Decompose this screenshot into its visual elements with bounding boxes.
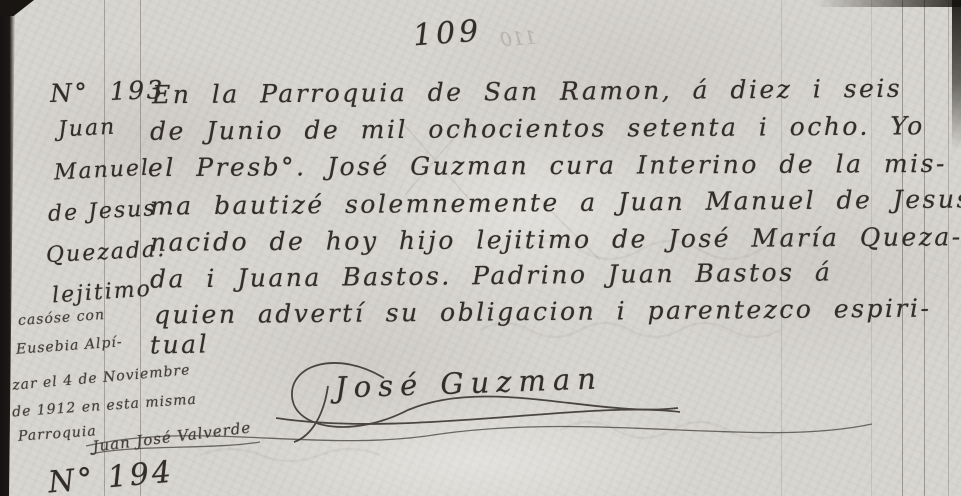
record-number: N° 193	[50, 75, 166, 108]
note-signature-flourish	[80, 406, 880, 458]
record-body-line: nacido de hoy hijo lejitimo de José Marí…	[150, 222, 961, 257]
bleedthrough-page-number: 110	[499, 27, 537, 51]
record-body-line: el Presb°. José Guzman cura Interino de …	[148, 149, 947, 182]
margin-name-line: Juan	[57, 114, 117, 142]
page-number: 109	[412, 14, 484, 54]
record-body-line: de Junio de mil ochocientos setenta i oc…	[150, 111, 925, 145]
document-page: 109 110 N° 193 Juan Manuel de Jesus Quez…	[0, 0, 961, 496]
margin-name-line: Manuel	[53, 156, 150, 186]
record-body-line: tual	[150, 329, 210, 359]
